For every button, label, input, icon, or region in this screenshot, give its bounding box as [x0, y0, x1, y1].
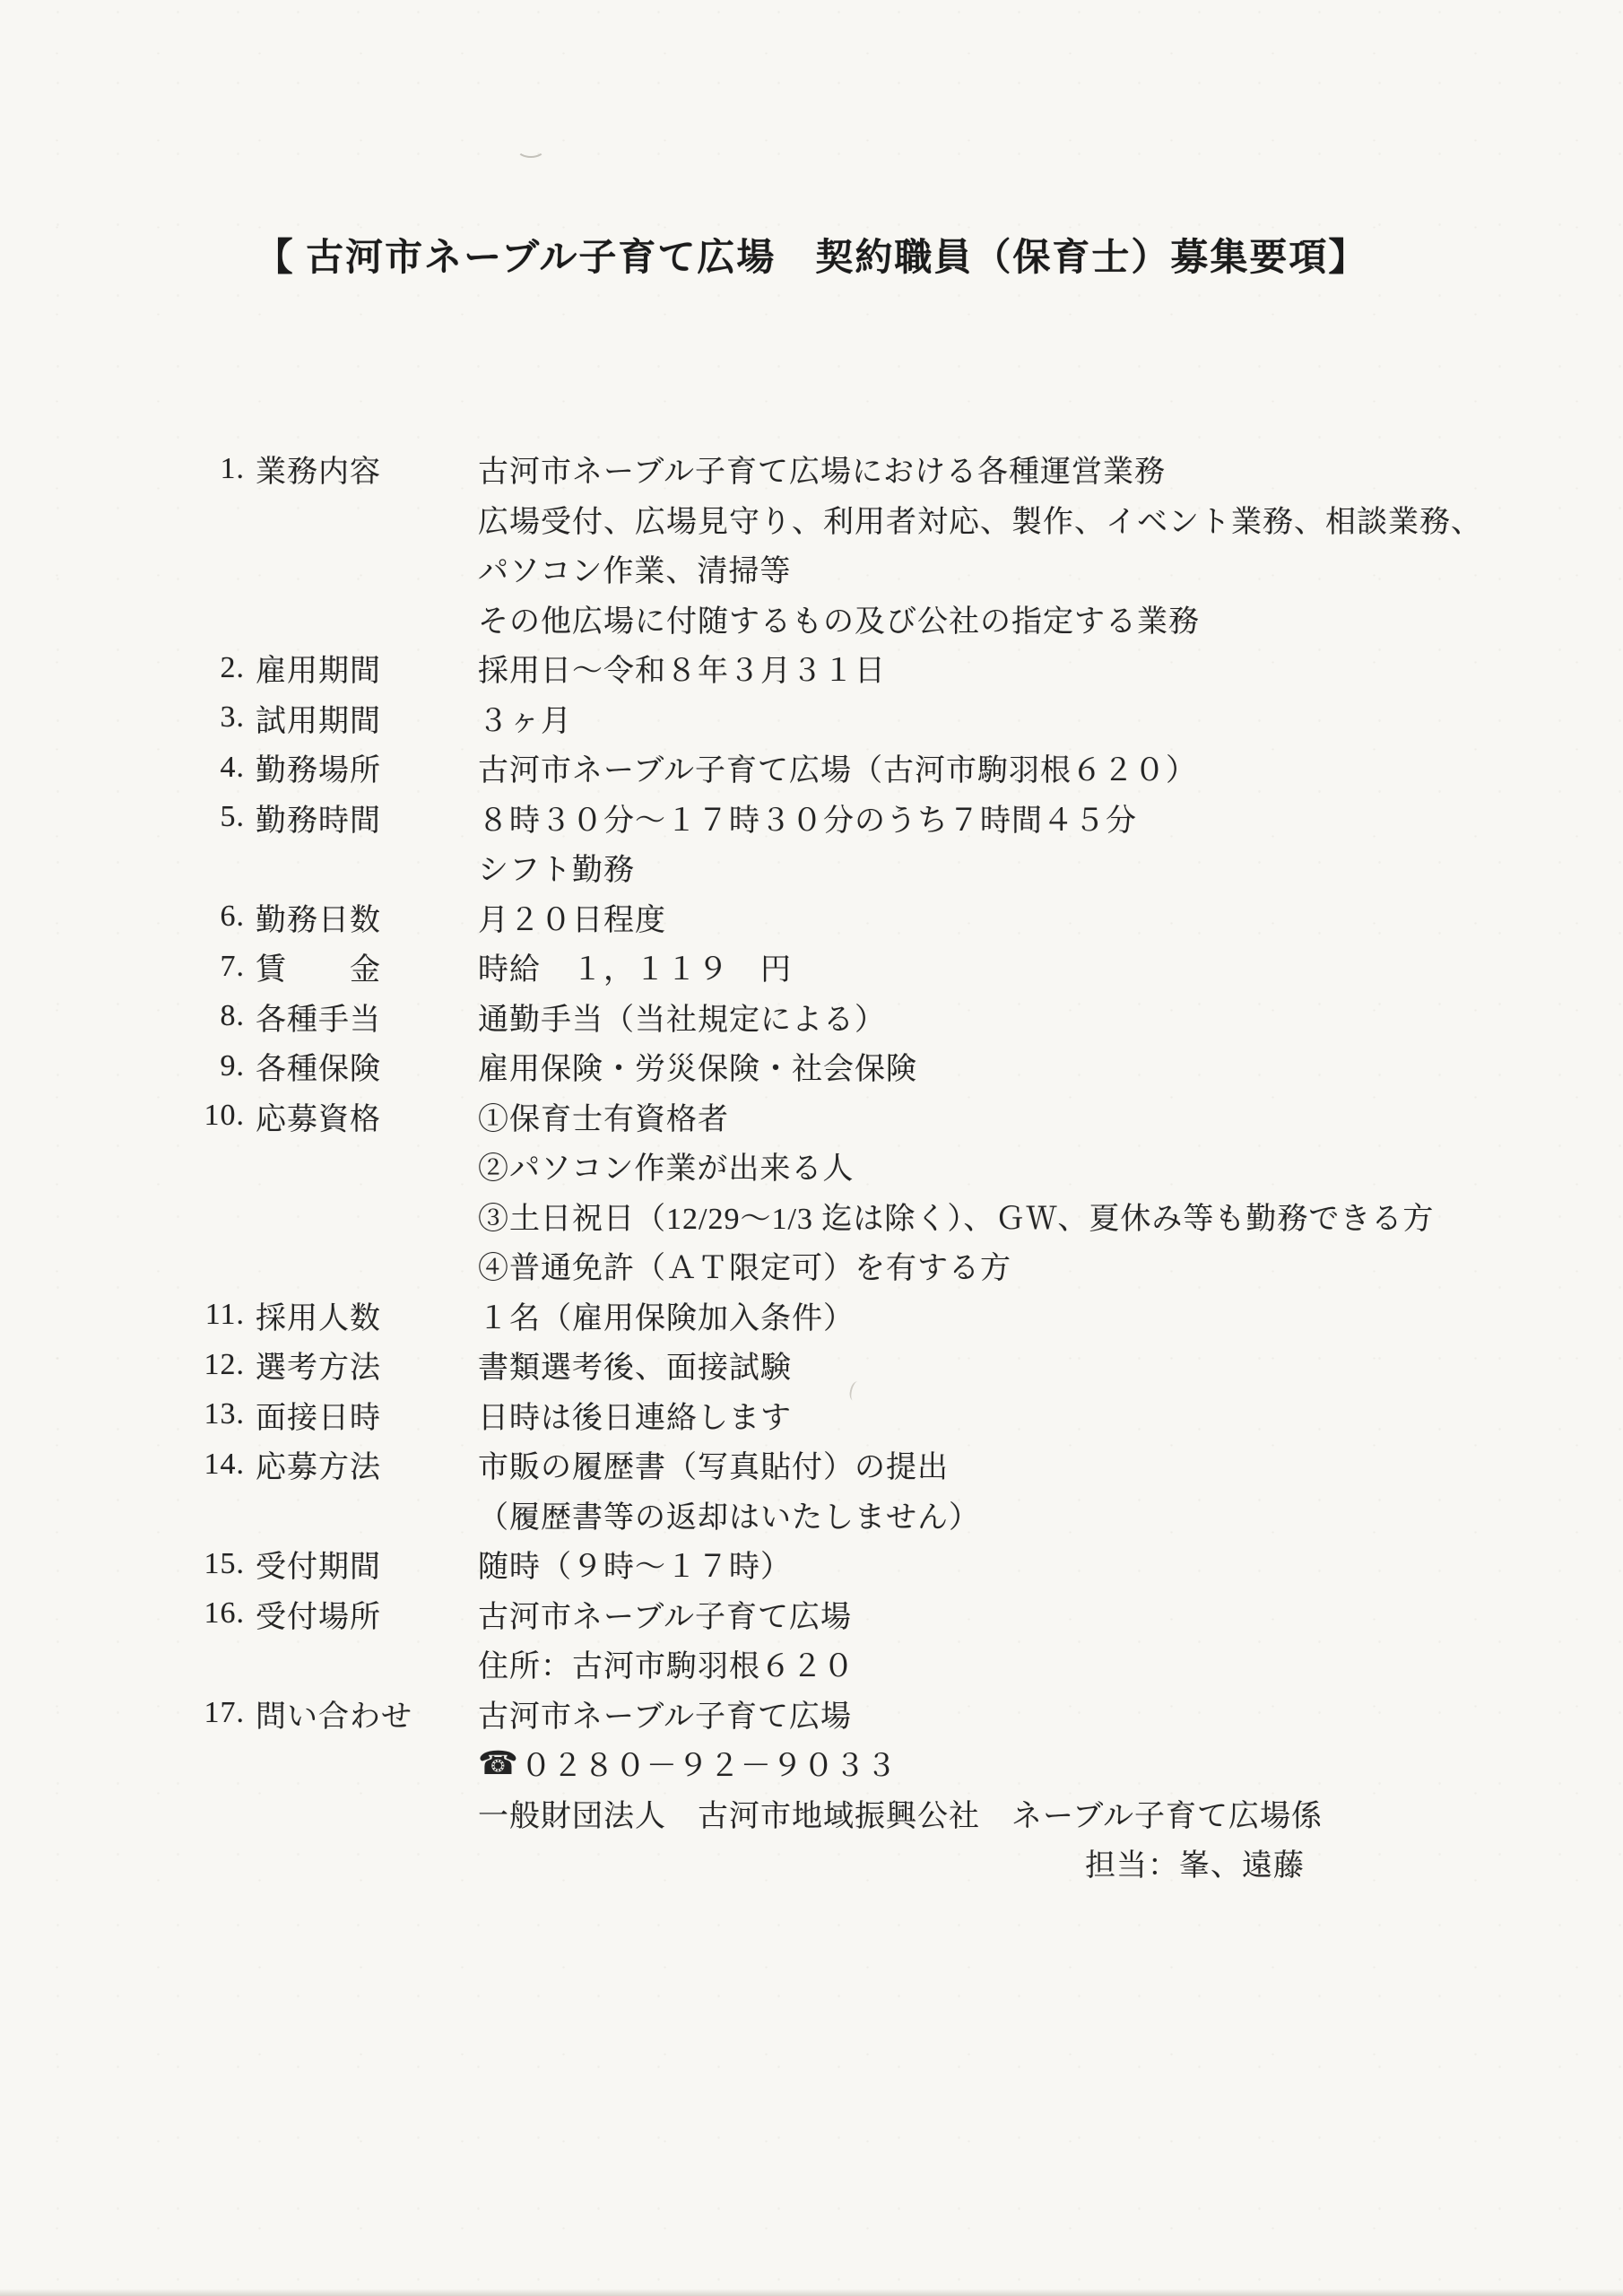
item-number: 11.	[0, 1298, 245, 1332]
list-item: 4. 勤務場所 古河市ネーブル子育て広場（古河市駒羽根６２０）	[0, 743, 1623, 793]
item-number: 16.	[0, 1596, 245, 1631]
list-item: ③土日祝日（12/29～1/3 迄は除く）、ＧＷ、夏休み等も勤務できる方	[0, 1191, 1623, 1241]
item-value: （履歴書等の返却はいたしません）	[478, 1492, 1623, 1536]
item-label: 雇用期間	[245, 646, 478, 690]
list-item: 9. 各種保険 雇用保険・労災保険・社会保険	[0, 1041, 1623, 1091]
item-number: 4.	[0, 751, 245, 785]
item-number: 1.	[0, 452, 245, 486]
item-value: 雇用保険・労災保険・社会保険	[478, 1044, 1623, 1088]
item-value: 広場受付、広場見守り、利用者対応、製作、イベント業務、相談業務、	[478, 497, 1623, 541]
list-item: ④普通免許（ＡＴ限定可）を有する方	[0, 1240, 1623, 1291]
list-item: 5. 勤務時間 ８時３０分～１７時３０分のうち７時間４５分	[0, 793, 1623, 843]
item-value: 一般財団法人 古河市地域振興公社 ネーブル子育て広場係	[478, 1791, 1623, 1835]
scan-artifact	[516, 140, 545, 158]
item-label: 選考方法	[245, 1343, 478, 1387]
list-item: その他広場に付随するもの及び公社の指定する業務	[0, 594, 1623, 644]
item-value: 古河市ネーブル子育て広場	[478, 1692, 1623, 1735]
item-label: 勤務時間	[245, 796, 478, 839]
item-label: 問い合わせ	[245, 1692, 478, 1735]
item-label: 勤務場所	[245, 745, 478, 789]
item-value: ①保育士有資格者	[478, 1094, 1623, 1138]
scan-bottom-edge	[0, 2289, 1623, 2296]
list-item: ②パソコン作業が出来る人	[0, 1141, 1623, 1191]
item-label: 応募方法	[245, 1442, 478, 1486]
item-number: 10.	[0, 1099, 245, 1133]
item-label: 採用人数	[245, 1293, 478, 1337]
list-item: 8. 各種手当 通勤手当（当社規定による）	[0, 992, 1623, 1042]
item-label: 業務内容	[245, 447, 478, 491]
list-item: 12. 選考方法 書類選考後、面接試験	[0, 1340, 1623, 1390]
item-value: 採用日～令和８年３月３１日	[478, 646, 1623, 690]
item-value: 月２０日程度	[478, 895, 1623, 939]
item-value: 通勤手当（当社規定による）	[478, 995, 1623, 1039]
item-value: 古河市ネーブル子育て広場	[478, 1592, 1623, 1636]
list-item: 広場受付、広場見守り、利用者対応、製作、イベント業務、相談業務、	[0, 494, 1623, 544]
item-value: 市販の履歴書（写真貼付）の提出	[478, 1442, 1623, 1486]
item-value: 時給 １，１１９ 円	[478, 944, 1623, 988]
item-label: 試用期間	[245, 696, 478, 740]
phone-icon: ☎	[478, 1744, 519, 1782]
item-number: 12.	[0, 1348, 245, 1382]
item-number: 15.	[0, 1547, 245, 1581]
list-item: 17. 問い合わせ 古河市ネーブル子育て広場	[0, 1689, 1623, 1739]
item-label: 応募資格	[245, 1094, 478, 1138]
list-item: 10. 応募資格 ①保育士有資格者	[0, 1091, 1623, 1142]
item-value: ②パソコン作業が出来る人	[478, 1144, 1623, 1187]
item-value: パソコン作業、清掃等	[478, 546, 1623, 590]
item-number: 17.	[0, 1696, 245, 1730]
items-list: 1. 業務内容 古河市ネーブル子育て広場における各種運営業務 広場受付、広場見守…	[0, 444, 1623, 1888]
list-item: 15. 受付期間 随時（９時～１７時）	[0, 1539, 1623, 1589]
list-item: 担当：峯、遠藤	[0, 1838, 1623, 1888]
item-label: 受付場所	[245, 1592, 478, 1636]
list-item: 11. 採用人数 １名（雇用保険加入条件）	[0, 1291, 1623, 1341]
item-value: 随時（９時～１７時）	[478, 1542, 1623, 1586]
list-item: シフト勤務	[0, 842, 1623, 892]
item-value: 古河市ネーブル子育て広場（古河市駒羽根６２０）	[478, 745, 1623, 789]
item-number: 8.	[0, 999, 245, 1033]
item-value: 担当：峯、遠藤	[478, 1840, 1623, 1884]
item-value: 住所：古河市駒羽根６２０	[478, 1641, 1623, 1685]
list-item: 3. 試用期間 ３ヶ月	[0, 693, 1623, 744]
item-number: 3.	[0, 700, 245, 735]
item-value: １名（雇用保険加入条件）	[478, 1293, 1623, 1337]
list-item: ☎ ０２８０－９２－９０３３	[0, 1738, 1623, 1788]
item-value: ３ヶ月	[478, 696, 1623, 740]
item-number: 5.	[0, 800, 245, 834]
item-number: 7.	[0, 950, 245, 984]
item-value: ④普通免許（ＡＴ限定可）を有する方	[478, 1243, 1623, 1287]
list-item: （履歴書等の返却はいたしません）	[0, 1490, 1623, 1540]
list-item: 6. 勤務日数 月２０日程度	[0, 892, 1623, 943]
item-number: 6.	[0, 900, 245, 934]
document-title: 【 古河市ネーブル子育て広場 契約職員（保育士）募集要項】	[0, 228, 1623, 282]
item-value: その他広場に付随するもの及び公社の指定する業務	[478, 596, 1623, 640]
item-number: 9.	[0, 1049, 245, 1083]
list-item: 住所：古河市駒羽根６２０	[0, 1639, 1623, 1689]
list-item: 14. 応募方法 市販の履歴書（写真貼付）の提出	[0, 1439, 1623, 1490]
list-item: 2. 雇用期間 採用日～令和８年３月３１日	[0, 643, 1623, 693]
item-number: 14.	[0, 1448, 245, 1482]
item-label: 受付期間	[245, 1542, 478, 1586]
item-label: 面接日時	[245, 1393, 478, 1437]
item-number: 2.	[0, 651, 245, 685]
item-value: シフト勤務	[478, 845, 1623, 889]
list-item: 13. 面接日時 日時は後日連絡します	[0, 1390, 1623, 1440]
list-item: 一般財団法人 古河市地域振興公社 ネーブル子育て広場係	[0, 1788, 1623, 1839]
item-value: ８時３０分～１７時３０分のうち７時間４５分	[478, 796, 1623, 839]
item-label: 勤務日数	[245, 895, 478, 939]
item-value: 日時は後日連絡します	[478, 1393, 1623, 1437]
item-label: 賃 金	[245, 944, 478, 988]
list-item: 7. 賃 金 時給 １，１１９ 円	[0, 942, 1623, 992]
list-item: 1. 業務内容 古河市ネーブル子育て広場における各種運営業務	[0, 444, 1623, 494]
list-item: パソコン作業、清掃等	[0, 544, 1623, 594]
document-page: 【 古河市ネーブル子育て広場 契約職員（保育士）募集要項】 1. 業務内容 古河…	[0, 0, 1623, 2296]
item-value: 古河市ネーブル子育て広場における各種運営業務	[478, 447, 1623, 491]
item-value: ③土日祝日（12/29～1/3 迄は除く）、ＧＷ、夏休み等も勤務できる方	[478, 1194, 1623, 1238]
item-value: 書類選考後、面接試験	[478, 1343, 1623, 1387]
item-number: 13.	[0, 1397, 245, 1431]
item-label: 各種手当	[245, 995, 478, 1039]
item-value: ０２８０－９２－９０３３	[521, 1741, 1623, 1785]
list-item: 16. 受付場所 古河市ネーブル子育て広場	[0, 1589, 1623, 1639]
item-label: 各種保険	[245, 1044, 478, 1088]
